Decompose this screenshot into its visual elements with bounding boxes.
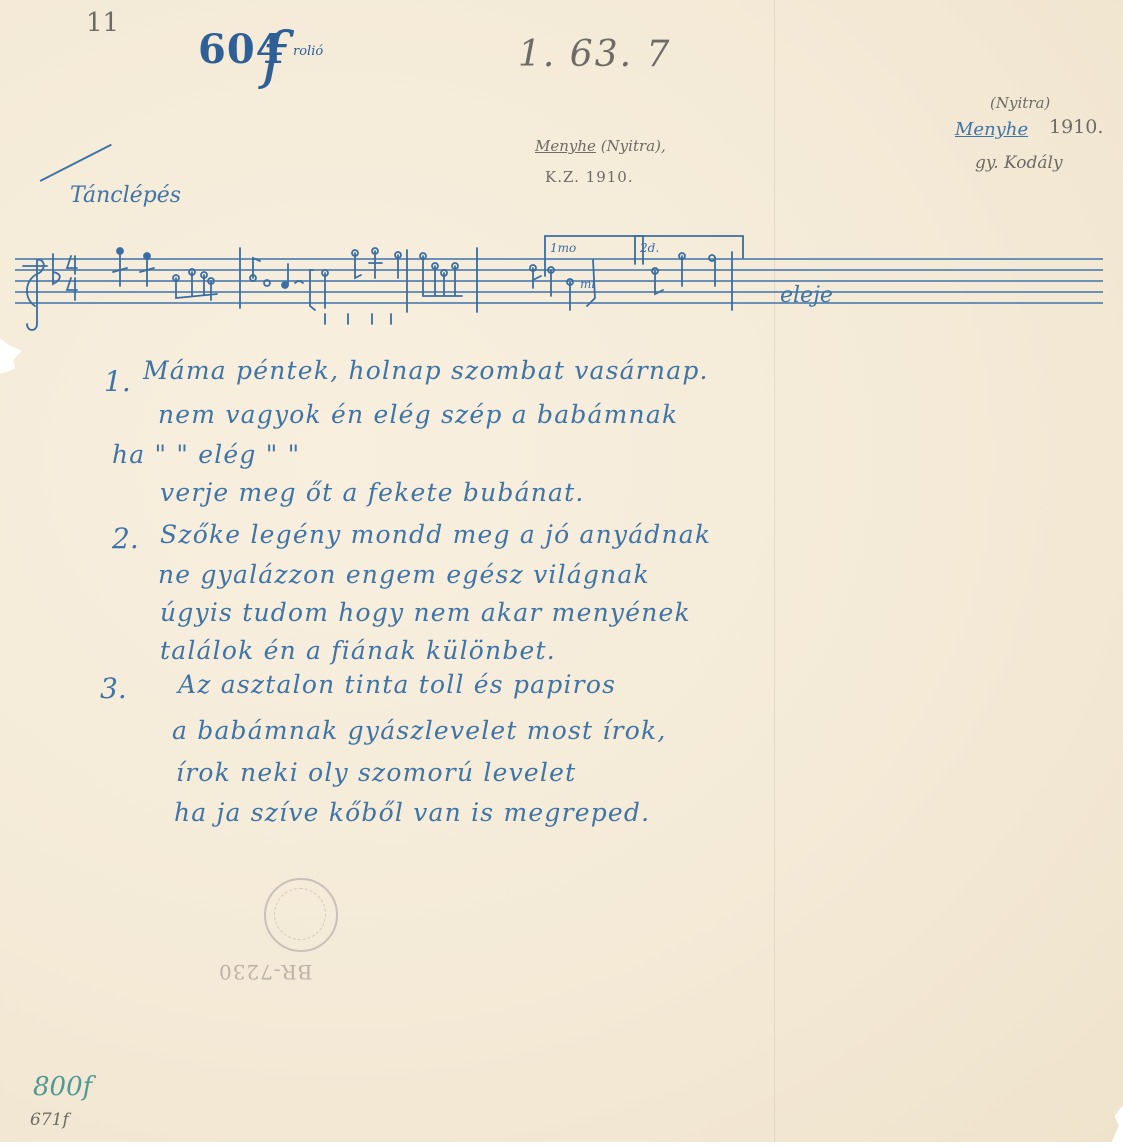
- archive-stamp-icon: [264, 878, 338, 952]
- shelf-mark: 11: [86, 8, 119, 38]
- verse-line: nem vagyok én elég szép a babámnak: [158, 400, 678, 429]
- verse-number: 2.: [112, 522, 139, 555]
- paper-fold-line: [774, 0, 776, 1142]
- treble-clef-icon: [27, 260, 44, 330]
- svg-text:mi: mi: [580, 277, 595, 291]
- verse-line: Máma péntek, holnap szombat vasárnap.: [143, 356, 709, 385]
- verse-line: Szőke legény mondd meg a jó anyádnak: [160, 520, 711, 549]
- location-place-right: Menyhe: [955, 119, 1028, 140]
- verse-line: a babámnak gyászlevelet most írok,: [172, 716, 666, 745]
- verse-number: 1.: [104, 365, 131, 398]
- location-year-right: 1910.: [1049, 116, 1103, 138]
- verse-line: úgyis tudom hogy nem akar menyének: [160, 598, 691, 627]
- verse-number: 3.: [100, 672, 127, 705]
- catalog-letter: f: [262, 18, 285, 91]
- music-notation: 1mo 2d. mi: [15, 228, 1103, 338]
- first-ending-label: 1mo: [550, 241, 576, 255]
- page-bottom-margin: [0, 1142, 1123, 1148]
- second-ending-label: 2d.: [639, 241, 659, 255]
- music-staff: 1mo 2d. mi: [15, 258, 1103, 306]
- verse-line: ha ja szíve kőből van is megreped.: [174, 798, 650, 827]
- location-county-right: (Nyitra): [990, 94, 1050, 112]
- location-place: Menyhe: [535, 137, 596, 155]
- bottom-old-catalog-mark: 671f: [30, 1110, 69, 1130]
- collector-name: gy. Kodály: [975, 153, 1063, 173]
- verse-line: írok neki oly szomorú levelet: [176, 758, 576, 787]
- verse-line: ha " " elég " ": [112, 440, 300, 469]
- song-title: Tánclépés: [70, 183, 181, 208]
- collector-year-center: K.Z. 1910.: [545, 168, 634, 186]
- after-staff-text: eleje: [780, 283, 833, 308]
- verse-line: ne gyalázzon engem egész világnak: [158, 560, 650, 589]
- bottom-catalog-mark: 800f: [33, 1072, 92, 1102]
- location-note-center: Menyhe (Nyitra),: [535, 137, 666, 155]
- inventory-number: BR-7230: [218, 960, 312, 984]
- verse-line: verje meg őt a fekete bubánat.: [160, 478, 585, 507]
- reference-number: 1. 63. 7: [518, 34, 671, 75]
- location-county: (Nyitra),: [601, 137, 666, 155]
- verse-line: Az asztalon tinta toll és papiros: [178, 670, 616, 699]
- catalog-note: rolió: [293, 44, 323, 59]
- flat-icon: [53, 254, 60, 284]
- time-signature-icon: [67, 256, 77, 300]
- archive-stamp-inner: [274, 888, 326, 940]
- verse-line: találok én a fiának különbet.: [160, 636, 556, 665]
